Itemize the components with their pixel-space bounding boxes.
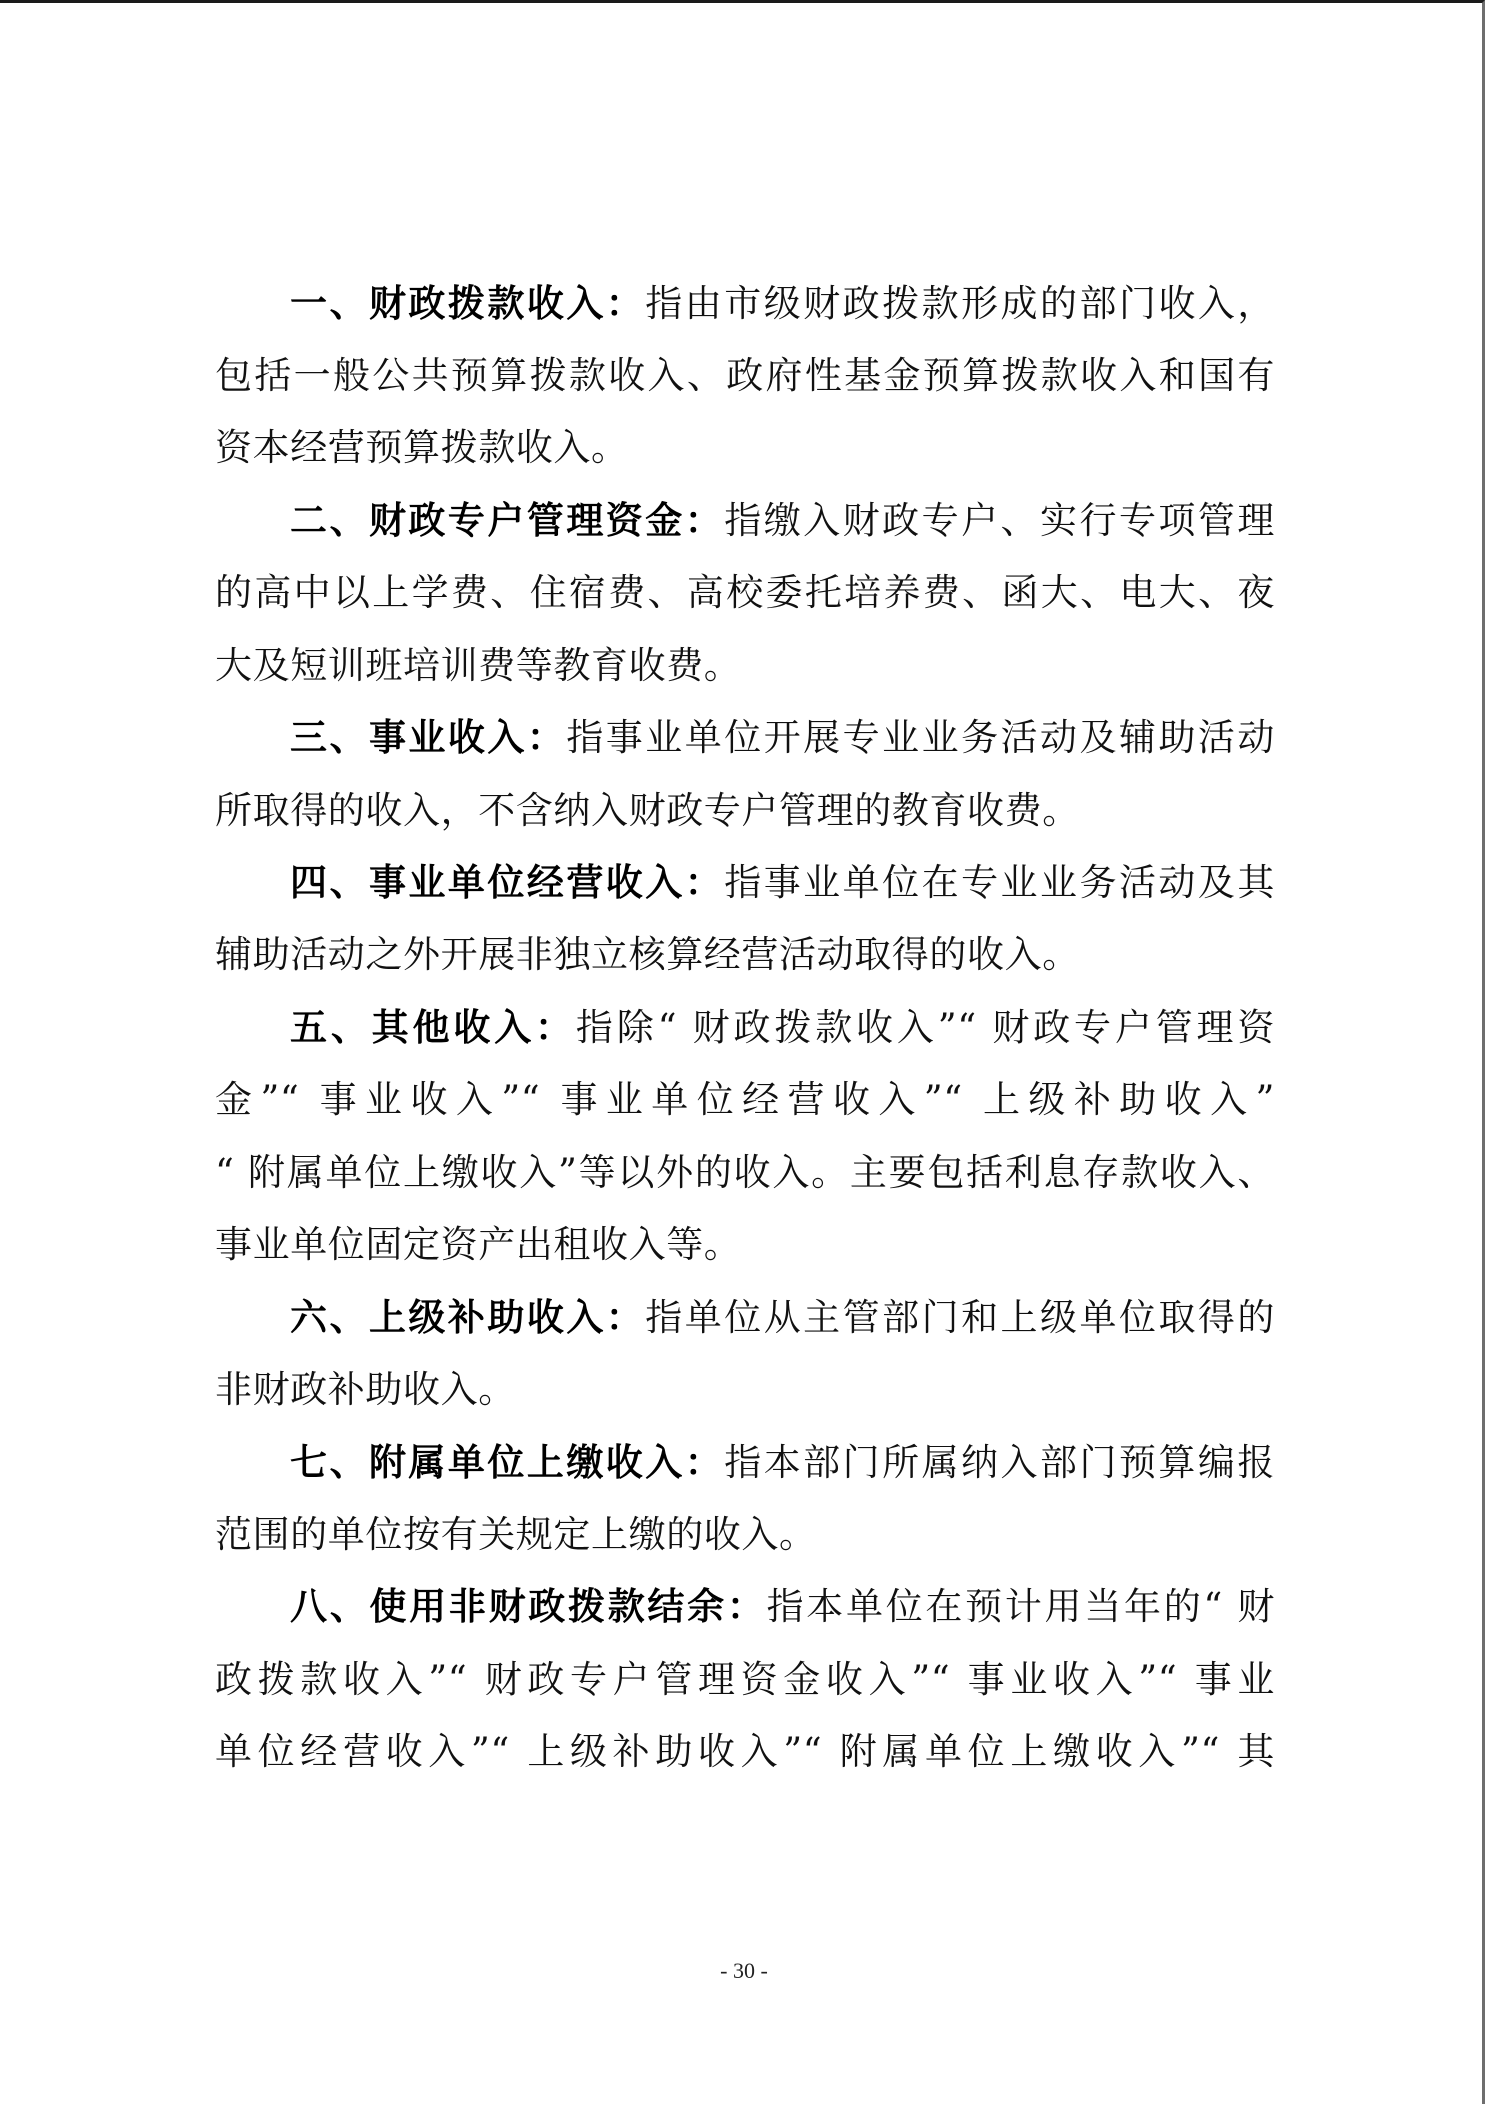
section-2-line-1: 二、财政专户管理资金：指缴入财政专户、实行专项管理	[290, 497, 1275, 545]
section-5-heading: 五、其他收入：	[290, 1006, 576, 1049]
section-2-heading: 二、财政专户管理资金：	[290, 499, 724, 542]
section-8-line-3: 单位经营收入”“ 上级补助收入”“ 附属单位上缴收入”“ 其	[215, 1728, 1275, 1776]
section-1-line-2: 包括一般公共预算拨款收入、政府性基金预算拨款收入和国有	[215, 352, 1275, 400]
document-page: 一、财政拨款收入：指由市级财政拨款形成的部门收入， 包括一般公共预算拨款收入、政…	[0, 0, 1485, 2104]
section-6-line-1: 六、上级补助收入：指单位从主管部门和上级单位取得的	[290, 1294, 1275, 1342]
section-2-line-2: 的高中以上学费、住宿费、高校委托培养费、函大、电大、夜	[215, 569, 1275, 617]
section-3-line-1: 三、事业收入：指事业单位开展专业业务活动及辅助活动	[290, 714, 1275, 762]
section-7-line-2: 范围的单位按有关规定上缴的收入。	[215, 1511, 1275, 1559]
page-number: - 30 -	[0, 1958, 1488, 1984]
section-6-text: 指单位从主管部门和上级单位取得的	[645, 1296, 1275, 1339]
section-7-text: 指本部门所属纳入部门预算编报	[724, 1441, 1275, 1484]
section-5-text: 指除“ 财政拨款收入”“ 财政专户管理资	[576, 1006, 1275, 1049]
section-8-line-1: 八、使用非财政拨款结余：指本单位在预计用当年的“ 财	[290, 1583, 1275, 1631]
section-1-line-1: 一、财政拨款收入：指由市级财政拨款形成的部门收入，	[290, 280, 1275, 328]
section-3-text: 指事业单位开展专业业务活动及辅助活动	[566, 716, 1275, 759]
section-4-text: 指事业单位在专业业务活动及其	[724, 861, 1275, 904]
section-6-line-2: 非财政补助收入。	[215, 1366, 1275, 1414]
section-4-line-1: 四、事业单位经营收入：指事业单位在专业业务活动及其	[290, 859, 1275, 907]
section-1-heading: 一、财政拨款收入：	[290, 282, 645, 325]
section-1-text: 指由市级财政拨款形成的部门收入，	[645, 282, 1275, 325]
section-5-line-1: 五、其他收入：指除“ 财政拨款收入”“ 财政专户管理资	[290, 1004, 1275, 1052]
section-5-line-4: 事业单位固定资产出租收入等。	[215, 1221, 1275, 1269]
section-8-line-2: 政拨款收入”“ 财政专户管理资金收入”“ 事业收入”“ 事业	[215, 1656, 1275, 1704]
section-8-text: 指本单位在预计用当年的“ 财	[767, 1585, 1275, 1628]
section-3-line-2: 所取得的收入，不含纳入财政专户管理的教育收费。	[215, 787, 1275, 835]
section-6-heading: 六、上级补助收入：	[290, 1296, 645, 1339]
section-4-heading: 四、事业单位经营收入：	[290, 861, 724, 904]
section-4-line-2: 辅助活动之外开展非独立核算经营活动取得的收入。	[215, 931, 1275, 979]
section-3-heading: 三、事业收入：	[290, 716, 566, 759]
section-7-line-1: 七、附属单位上缴收入：指本部门所属纳入部门预算编报	[290, 1439, 1275, 1487]
section-2-line-3: 大及短训班培训费等教育收费。	[215, 642, 1275, 690]
section-2-text: 指缴入财政专户、实行专项管理	[724, 499, 1275, 542]
section-8-heading: 八、使用非财政拨款结余：	[290, 1585, 767, 1628]
section-5-line-3: “ 附属单位上缴收入”等以外的收入。主要包括利息存款收入、	[215, 1149, 1275, 1197]
section-7-heading: 七、附属单位上缴收入：	[290, 1441, 724, 1484]
section-5-line-2: 金”“ 事业收入”“ 事业单位经营收入”“ 上级补助收入”	[215, 1076, 1275, 1124]
section-1-line-3: 资本经营预算拨款收入。	[215, 424, 1275, 472]
